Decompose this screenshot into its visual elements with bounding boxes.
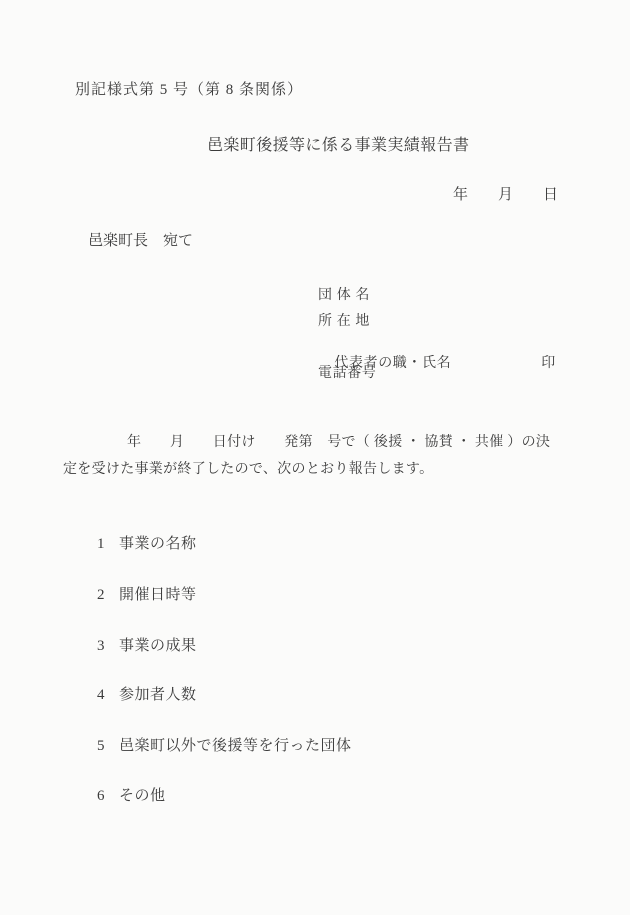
item-label: 開催日時等: [119, 587, 197, 603]
item-number: 2: [97, 587, 105, 603]
item-number: 1: [97, 536, 105, 552]
list-item-4: 4参加者人数: [80, 666, 197, 721]
body-paragraph-line-1: 年 月 日付け 発第 号で（ 後援 ・ 協賛 ・ 共催 ）の決: [127, 435, 550, 451]
sender-address-label: 所 在 地: [318, 314, 370, 330]
form-style-note: 別記様式第 5 号（第 8 条関係）: [75, 82, 303, 99]
document-page: 別記様式第 5 号（第 8 条関係） 邑楽町後援等に係る事業実績報告書 年 月 …: [0, 0, 630, 915]
item-number: 5: [97, 738, 105, 754]
item-label: 事業の成果: [119, 638, 197, 654]
body-paragraph-line-2: 定を受けた事業が終了したので、次のとおり報告します。: [63, 462, 433, 478]
item-number: 3: [97, 638, 105, 654]
item-label: 参加者人数: [119, 687, 197, 703]
item-number: 4: [97, 687, 105, 703]
document-title: 邑楽町後援等に係る事業実績報告書: [207, 137, 469, 155]
item-label: その他: [119, 788, 166, 804]
addressee-line: 邑楽町長 宛て: [88, 233, 193, 250]
item-label: 邑楽町以外で後援等を行った団体: [119, 738, 352, 754]
seal-mark: 印: [541, 356, 556, 371]
list-item-3: 3事業の成果: [80, 617, 197, 672]
list-item-6: 6その他: [80, 767, 166, 822]
item-label: 事業の名称: [119, 536, 197, 552]
item-number: 6: [97, 788, 105, 804]
date-line: 年 月 日: [453, 187, 558, 204]
list-item-5: 5邑楽町以外で後援等を行った団体: [80, 717, 352, 772]
list-item-2: 2開催日時等: [80, 566, 197, 621]
sender-organization-label: 団 体 名: [318, 288, 370, 304]
list-item-1: 1事業の名称: [80, 515, 197, 570]
sender-phone-label: 電話番号: [318, 366, 376, 382]
